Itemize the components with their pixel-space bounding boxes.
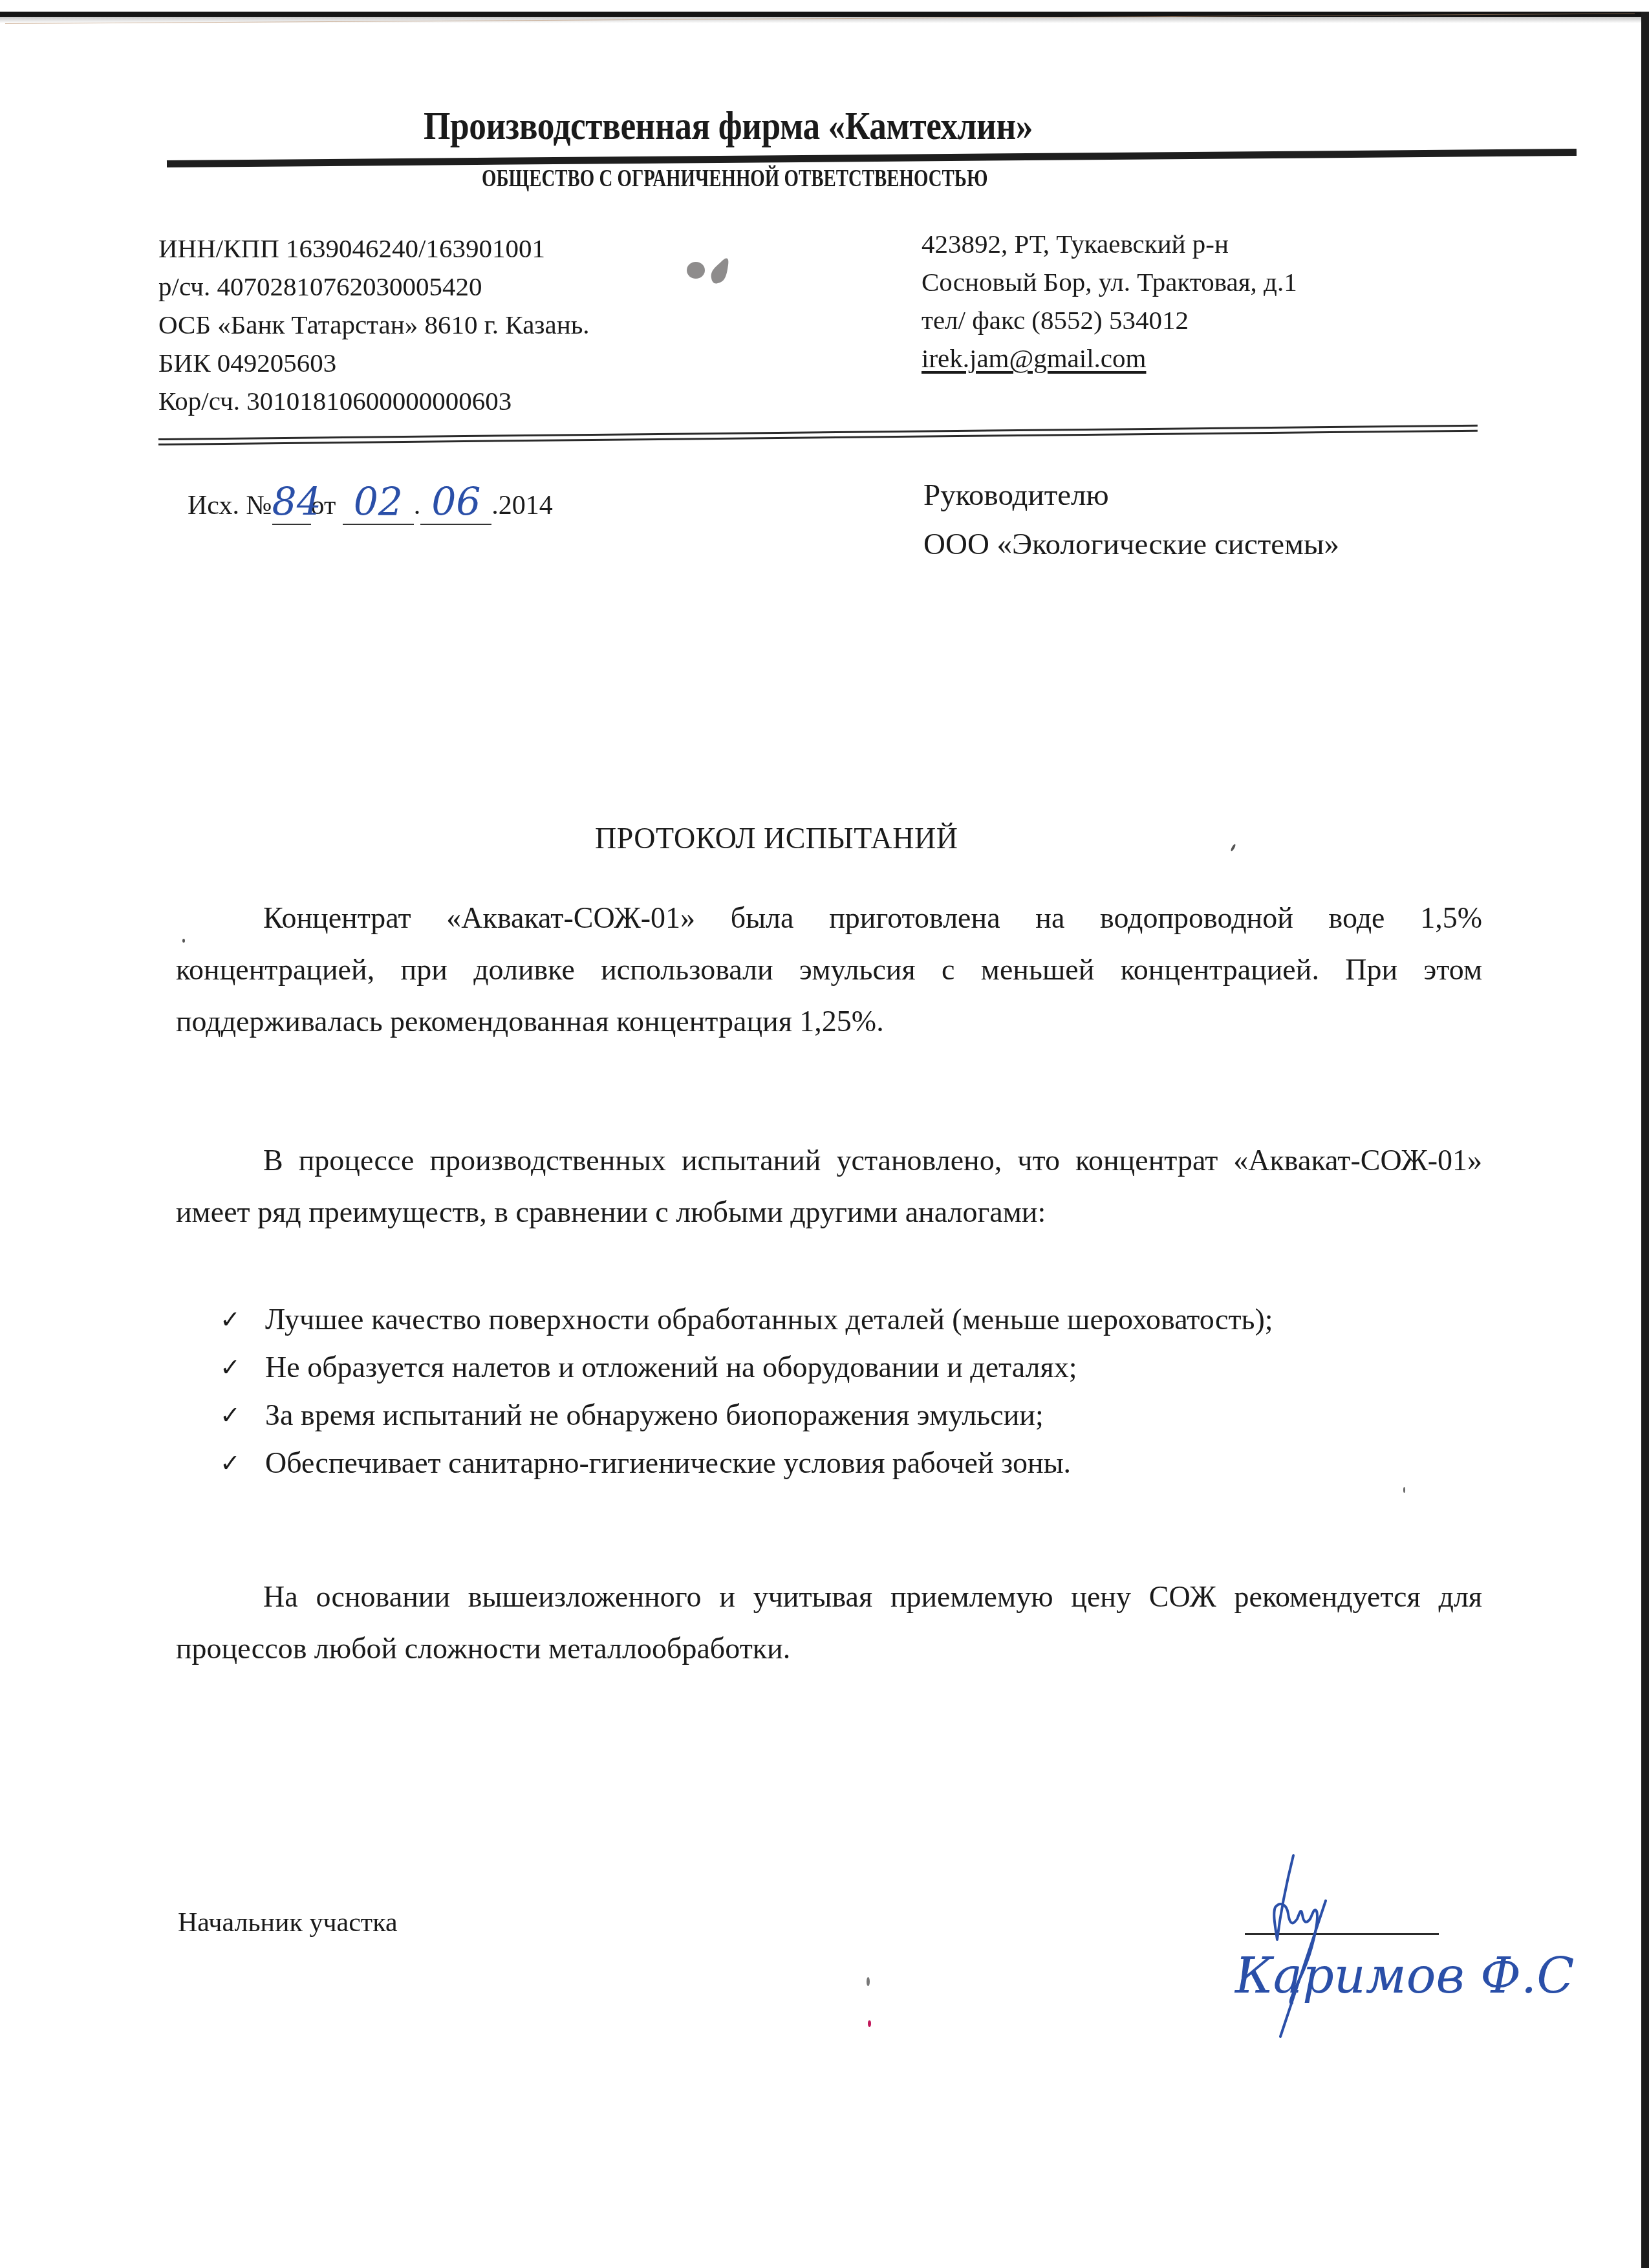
ref-year: .2014	[491, 491, 553, 520]
requisite-inn: ИНН/КПП 1639046240/163901001	[158, 230, 590, 268]
recipient-organization: ООО «Экологические системы»	[923, 520, 1339, 569]
company-address: 423892, РТ, Тукаевский р-н Сосновый Бор,…	[921, 225, 1297, 378]
phone-fax: тел/ факс (8552) 534012	[921, 301, 1297, 339]
scan-speck	[1403, 1487, 1405, 1493]
scan-speck	[182, 939, 185, 943]
email-link[interactable]: irek.jam@gmail.com	[921, 343, 1146, 373]
recipient-block: Руководителю ООО «Экологические системы»	[923, 471, 1339, 569]
advantage-text: Лучшее качество поверхности обработанных…	[265, 1300, 1487, 1340]
checkmark-icon: ✓	[220, 1443, 265, 1483]
checkmark-icon: ✓	[220, 1395, 265, 1435]
ref-prefix: Исх. №	[188, 491, 272, 520]
advantage-item: ✓ За время испытаний не обнаружено биопо…	[220, 1395, 1487, 1435]
requisite-corr-account: Кор/сч. 30101810600000000603	[158, 382, 590, 420]
ref-day-handwritten: 02	[354, 480, 403, 525]
paragraph-findings-text: В процессе производственных испытаний ус…	[176, 1144, 1482, 1228]
checkmark-icon: ✓	[220, 1300, 265, 1340]
address-line-1: 423892, РТ, Тукаевский р-н	[921, 225, 1297, 263]
advantages-list: ✓ Лучшее качество поверхности обработанн…	[220, 1300, 1487, 1491]
scan-speck	[1230, 844, 1236, 851]
paragraph-preparation-text: Концентрат «Аквакат-СОЖ-01» была пригото…	[176, 901, 1482, 1038]
advantage-text: Обеспечивает санитарно-гигиенические усл…	[265, 1443, 1487, 1483]
paragraph-conclusion-text: На основании вышеизложенного и учитывая …	[176, 1580, 1482, 1665]
advantage-item: ✓ Лучшее качество поверхности обработанн…	[220, 1300, 1487, 1340]
recipient-title: Руководителю	[923, 471, 1339, 520]
advantage-item: ✓ Не образуется налетов и отложений на о…	[220, 1347, 1487, 1387]
paragraph-preparation: Концентрат «Аквакат-СОЖ-01» была пригото…	[176, 892, 1482, 1047]
advantage-text: Не образуется налетов и отложений на обо…	[265, 1347, 1487, 1387]
ref-month-handwritten: 06	[431, 480, 480, 525]
advantage-text: За время испытаний не обнаружено биопора…	[265, 1395, 1487, 1435]
scan-speck	[867, 1977, 870, 1986]
scan-border-right	[1641, 12, 1649, 2268]
ref-day-field: 02	[343, 478, 414, 525]
paragraph-conclusion: На основании вышеизложенного и учитывая …	[176, 1571, 1482, 1674]
ref-month-field: 06	[420, 478, 491, 525]
requisite-bik: БИК 049205603	[158, 344, 590, 382]
legal-form: ОБЩЕСТВО С ОГРАНИЧЕННОЙ ОТВЕТСТВЕНОСТЬЮ	[482, 165, 987, 193]
advantage-item: ✓ Обеспечивает санитарно-гигиенические у…	[220, 1443, 1487, 1483]
checkmark-icon: ✓	[220, 1347, 265, 1387]
bank-requisites: ИНН/КПП 1639046240/163901001 р/сч. 40702…	[158, 230, 590, 420]
scan-speck	[868, 2020, 871, 2027]
requisite-bank: ОСБ «Банк Татарстан» 8610 г. Казань.	[158, 306, 590, 344]
address-line-2: Сосновый Бор, ул. Трактовая, д.1	[921, 263, 1297, 301]
outgoing-reference: Исх. №84от 02.06.2014	[188, 478, 553, 525]
signature-name-handwritten: Каримов Ф.С	[1234, 1947, 1574, 2004]
requisite-account: р/сч. 40702810762030005420	[158, 268, 590, 306]
ref-number-field: 84	[272, 478, 311, 525]
document-title: ПРОТОКОЛ ИСПЫТАНИЙ	[595, 821, 958, 855]
signer-position: Начальник участка	[178, 1907, 398, 1938]
company-name: Производственная фирма «Камтехлин»	[424, 103, 1033, 149]
paragraph-findings: В процессе производственных испытаний ус…	[176, 1135, 1482, 1238]
ink-blot-icon	[684, 252, 736, 291]
ref-number-handwritten: 84	[272, 480, 321, 525]
handwritten-signature-icon: Каримов Ф.С	[1216, 1843, 1578, 2049]
